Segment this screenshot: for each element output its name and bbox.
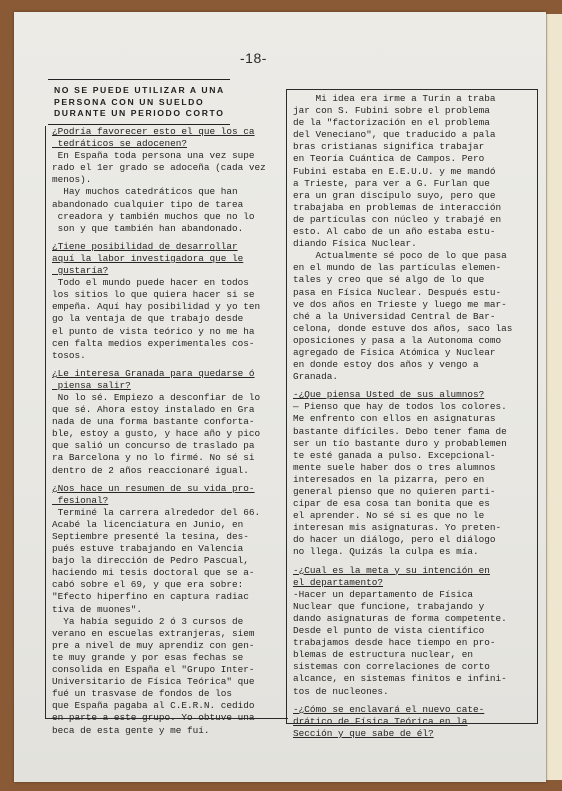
headline-line: PERSONA CON UN SUELDO (54, 97, 230, 109)
text-line: -¿Cómo se enclavará el nuevo cate- (293, 704, 537, 716)
headline-line: DURANTE UN PERIODO CORTO (54, 108, 230, 120)
text-line: Septiembre presenté la tesina, des- (52, 531, 288, 543)
interview-question: ¿Nos hace un resumen de su vida pro- fes… (52, 483, 288, 507)
text-line: Ya había seguido 2 ó 3 cursos de (52, 616, 288, 628)
text-line: Me enfrento con ellos en asignaturas (293, 413, 537, 425)
right-column: Mi idea era irme a Turín a trabajar con … (286, 89, 538, 724)
text-line: pasa en Física Nuclear. Después estu- (293, 287, 537, 299)
text-line: Granada. (293, 371, 537, 383)
text-line: — Pienso que hay de todos los colores. (293, 401, 537, 413)
text-line: a Trieste, para ver a G. Furlan que (293, 178, 537, 190)
text-line: cen falta medios experimentales cos- (52, 338, 288, 350)
text-line: en donde estoy dos años y vengo a (293, 359, 537, 371)
text-line: interesados en la pizarra, pero en (293, 474, 537, 486)
interview-answer: — Pienso que hay de todos los colores.Me… (293, 401, 537, 558)
text-line: creadora y también muchos que no lo (52, 211, 288, 223)
left-column: ¿Podría favorecer esto el que los ca ted… (45, 126, 288, 719)
text-line: trabajamos desde hace tiempo en pro- (293, 637, 537, 649)
interview-question: -¿Cual es la meta y su intención enel de… (293, 565, 537, 589)
interview-answer: En España toda persona una vez superado … (52, 150, 288, 235)
text-line: Terminé la carrera alrededor del 66. (52, 507, 288, 519)
interview-question: -¿Que piensa Usted de sus alumnos? (293, 389, 537, 401)
interview-question: -¿Cómo se enclavará el nuevo cate-drátic… (293, 704, 537, 740)
text-line: Acabé la licenciatura en Junio, en (52, 519, 288, 531)
text-line: que sé. Ahora estoy instalado en Gra (52, 404, 288, 416)
text-line: ¿Tiene posibilidad de desarrollar (52, 241, 288, 253)
text-line: Sección y que sabe de él? (293, 728, 537, 740)
text-line: sistemas con correlaciones de corto (293, 661, 537, 673)
text-line: fué un trasvase de fondos de los (52, 688, 288, 700)
text-line: agregado de Física Atómica y Nuclear (293, 347, 537, 359)
text-line: tales y creo que sé algo de lo que (293, 274, 537, 286)
text-line: Fubini estaba en E.E.U.U. y me mandó (293, 166, 537, 178)
text-line: Todo el mundo puede hacer en todos (52, 277, 288, 289)
text-line: mente suele haber dos o tres alumnos (293, 462, 537, 474)
text-line: te esté ganada a pulso. Excepcional- (293, 450, 537, 462)
text-line: pués estuve trabajando en Valencia (52, 543, 288, 555)
text-line: diando Física Nuclear. (293, 238, 537, 250)
text-line: en parte a este grupo. Yo obtuve una (52, 712, 288, 724)
text-line: del Veneciano", que traducido a pala (293, 129, 537, 141)
text-line: dentro de 2 años reaccionaré igual. (52, 465, 288, 477)
text-line: drático de Física Teórica en la (293, 716, 537, 728)
text-line: tos de nucleones. (293, 686, 537, 698)
text-line: de la "factorización en el problema (293, 117, 537, 129)
text-line: beca de esta gente y me fuí. (52, 725, 288, 737)
text-line: verano en escuelas extranjeras, siem (52, 628, 288, 640)
text-line: haciendo mi tesis doctoral que se a- (52, 567, 288, 579)
interview-question: ¿Tiene posibilidad de desarrollaraquí la… (52, 241, 288, 277)
text-line: bras cristianas significa trabajar (293, 141, 537, 153)
text-line: dando asignaturas de forma competente. (293, 613, 537, 625)
headline-line: NO SE PUEDE UTILIZAR A UNA (54, 85, 230, 97)
text-line: ¿Le interesa Granada para quedarse ó (52, 368, 288, 380)
text-line: ¿Nos hace un resumen de su vida pro- (52, 483, 288, 495)
text-line: consolida en España el "Grupo Inter- (52, 664, 288, 676)
text-line: -Hacer un departamento de Física (293, 589, 537, 601)
interview-answer: Todo el mundo puede hacer en todoslos si… (52, 277, 288, 362)
text-line: Universitario de Física Teórica" que (52, 676, 288, 688)
text-line: general pienso que no quieren parti- (293, 486, 537, 498)
text-line: Desde el punto de vista científico (293, 625, 537, 637)
text-line: do hacer un diálogo, pero el diálogo (293, 534, 537, 546)
text-line: tiva de muones". (52, 604, 288, 616)
text-line: piensa salir? (52, 380, 288, 392)
text-line: en Teoría Cuántica de Campos. Pero (293, 153, 537, 165)
text-line: son y que también han abandonado. (52, 223, 288, 235)
text-line: ble, estoy a gusto, y hace año y pico (52, 428, 288, 440)
text-line: era un gran discípulo suyo, pero que (293, 190, 537, 202)
text-line: empeña. Aquí hay posibilidad y yo ten (52, 301, 288, 313)
text-line: ra Barcelona y no lo firmé. No sé si (52, 452, 288, 464)
text-line: esto. Al cabo de un año estaba estu- (293, 226, 537, 238)
adjacent-page-edge (546, 14, 562, 780)
text-line: cabó sobre el 69, y que era sobre: (52, 579, 288, 591)
text-line: oposiciones y pasa a la Autonoma como (293, 335, 537, 347)
text-line: menos). (52, 174, 288, 186)
text-line: de partículas con núcleo y trabajé en (293, 214, 537, 226)
text-line: los sitios lo que quiera hacer si se (52, 289, 288, 301)
text-line: ché a la Universidad Central de Bar- (293, 311, 537, 323)
interview-answer: No lo sé. Empiezo a desconfiar de loque … (52, 392, 288, 477)
text-line: interesan mis asignaturas. Yo preten- (293, 522, 537, 534)
text-line: Actualmente sé poco de lo que pasa (293, 250, 537, 262)
text-line: el departamento? (293, 577, 537, 589)
text-line: que salió un concurso de traslado pa (52, 440, 288, 452)
text-line: Nuclear que funcione, trabajando y (293, 601, 537, 613)
text-line: pre a nivel de muy aprendiz con gen- (52, 640, 288, 652)
text-line: go la ventaja de que trabajo desde (52, 313, 288, 325)
text-line: En España toda persona una vez supe (52, 150, 288, 162)
text-line: ¿Podría favorecer esto el que los ca (52, 126, 288, 138)
text-line: -¿Cual es la meta y su intención en (293, 565, 537, 577)
text-line: tosos. (52, 350, 288, 362)
text-line: alcance, en sistemas finitos e infini- (293, 673, 537, 685)
text-line: celona, donde estuve dos años, saco las (293, 323, 537, 335)
text-line: jar con S. Fubini sobre el problema (293, 105, 537, 117)
text-line: gustaría? (52, 265, 288, 277)
text-line: que España pagaba al C.E.R.N. cedido (52, 700, 288, 712)
text-line: en el mundo de las partículas elemen- (293, 262, 537, 274)
text-line: aquí la labor investigadora que le (52, 253, 288, 265)
text-line: rado el 1er grado se adoceña (cada vez (52, 162, 288, 174)
text-line: el aprender. No sé si es que no le (293, 510, 537, 522)
interview-answer: -Hacer un departamento de FísicaNuclear … (293, 589, 537, 698)
text-line: bastante difíciles. Debo tener fama de (293, 426, 537, 438)
text-line: -¿Que piensa Usted de sus alumnos? (293, 389, 537, 401)
interview-answer: Terminé la carrera alrededor del 66.Acab… (52, 507, 288, 737)
page-number: -18- (240, 50, 267, 66)
text-line: trabajaba en problemas de interacción (293, 202, 537, 214)
text-line: No lo sé. Empiezo a desconfiar de lo (52, 392, 288, 404)
text-line: el punto de vista teórico y no me ha (52, 326, 288, 338)
text-line: nada de una forma bastante conforta- (52, 416, 288, 428)
text-line: tedráticos se adocenen? (52, 138, 288, 150)
text-line: abandonado cualquier tipo de tarea (52, 199, 288, 211)
text-line: ser un tío bastante duro y probablemen (293, 438, 537, 450)
text-line: te muy grande y por esas fechas se (52, 652, 288, 664)
text-line: cipar de esa cosa tan bonita que es (293, 498, 537, 510)
interview-question: ¿Le interesa Granada para quedarse ó pie… (52, 368, 288, 392)
text-line: no llega. Quizás la culpa es mía. (293, 546, 537, 558)
text-line: Hay muchos catedráticos que han (52, 186, 288, 198)
interview-answer: Mi idea era irme a Turín a trabajar con … (293, 93, 537, 383)
text-line: "Efecto hiperfino en captura radiac (52, 591, 288, 603)
text-line: ve dos años en Trieste y luego me mar- (293, 299, 537, 311)
text-line: blemas de estructura nuclear, en (293, 649, 537, 661)
text-line: bajo la dirección de Pedro Pascual, (52, 555, 288, 567)
headline-box: NO SE PUEDE UTILIZAR A UNA PERSONA CON U… (48, 79, 230, 125)
text-line: fesional? (52, 495, 288, 507)
interview-question: ¿Podría favorecer esto el que los ca ted… (52, 126, 288, 150)
text-line: Mi idea era irme a Turín a traba (293, 93, 537, 105)
